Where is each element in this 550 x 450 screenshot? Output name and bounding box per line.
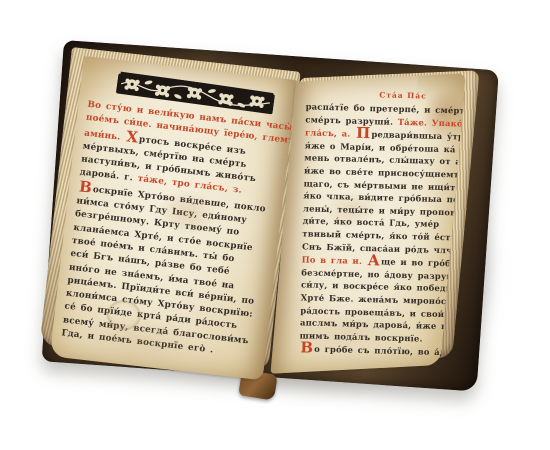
red-initial-letter: А <box>366 251 381 269</box>
red-initial-letter: П <box>355 124 372 142</box>
left-page: Во сту́ю и вели́кую намъ па́схи часы̀пое… <box>50 56 297 380</box>
right-page-text: распа́тїе бо претерпе́, и сме́ртїюсме́рт… <box>299 100 457 359</box>
left-page-text: Во сту́ю и вели́кую намъ па́схи часы̀пое… <box>61 99 286 363</box>
rubric-text: Та́же. Упако́й <box>398 116 466 128</box>
rubric-text: По в гла и. <box>302 254 367 266</box>
body-text: сме́рть разруши́. <box>305 114 398 126</box>
right-page: Ста́а Па́с распа́тїе бо претерпе́, и сме… <box>270 73 465 374</box>
red-initial-letter: В <box>299 339 314 357</box>
body-text: редвари́вшыа у́тро <box>371 129 465 142</box>
photo-stage: Во сту́ю и вели́кую намъ па́схи часы̀пое… <box>0 0 550 450</box>
rubric-text: гла́съ, а. <box>305 128 355 139</box>
